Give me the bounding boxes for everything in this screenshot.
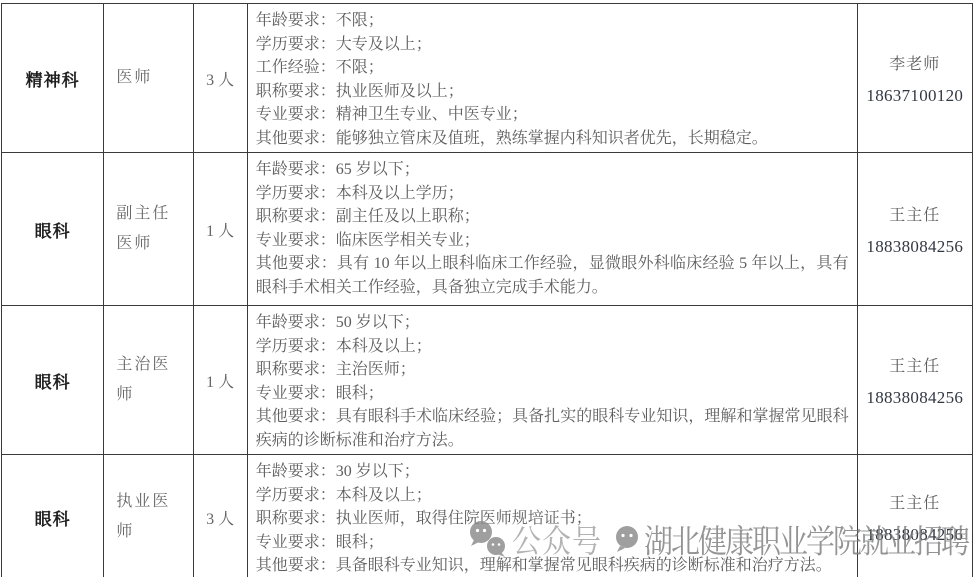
position-cell: 执业医师	[104, 455, 193, 577]
contact-cell: 王主任 18838084256	[857, 306, 972, 455]
requirements-cell: 年龄要求：30 岁以下；学历要求：本科及以上；职称要求：执业医师，取得住院医师规…	[247, 455, 857, 577]
requirement-line: 学历要求：本科及以上学历；	[256, 182, 849, 206]
requirement-line: 年龄要求：65 岁以下；	[256, 158, 849, 182]
headcount-cell: 1 人	[193, 306, 247, 455]
requirements-cell: 年龄要求：不限；学历要求：大专及以上；工作经验：不限；职称要求：执业医师及以上；…	[247, 4, 857, 153]
requirement-line: 其他要求：能够独立管床及值班，熟练掌握内科知识者优先，长期稳定。	[256, 127, 849, 151]
contact-name: 李老师	[859, 51, 971, 74]
contact-phone: 18838084256	[859, 237, 971, 257]
table-row: 精神科 医师 3 人 年龄要求：不限；学历要求：大专及以上；工作经验：不限；职称…	[2, 4, 973, 153]
requirements-cell: 年龄要求：50 岁以下；学历要求：本科及以上；职称要求：主治医师；专业要求：眼科…	[247, 306, 857, 455]
requirement-line: 职称要求：主治医师；	[256, 358, 849, 382]
requirement-line: 工作经验：不限；	[256, 56, 849, 80]
requirement-line: 年龄要求：50 岁以下；	[256, 311, 849, 335]
recruitment-document-page: 精神科 医师 3 人 年龄要求：不限；学历要求：大专及以上；工作经验：不限；职称…	[0, 0, 978, 577]
department-cell: 眼科	[2, 153, 104, 306]
requirement-line: 学历要求：本科及以上；	[256, 335, 849, 359]
requirement-line: 专业要求：眼科；	[256, 531, 849, 555]
requirement-line: 学历要求：大专及以上；	[256, 33, 849, 57]
contact-phone: 18637100120	[859, 86, 971, 106]
requirement-line: 专业要求：临床医学相关专业；	[256, 229, 849, 253]
requirement-line: 其他要求：具有眼科手术临床经验；具备扎实的眼科专业知识，理解和掌握常见眼科疾病的…	[256, 405, 849, 452]
department-cell: 眼科	[2, 455, 104, 577]
headcount-cell: 3 人	[193, 455, 247, 577]
department-cell: 眼科	[2, 306, 104, 455]
contact-name: 王主任	[859, 490, 971, 513]
headcount-cell: 1 人	[193, 153, 247, 306]
contact-phone: 18838084256	[859, 525, 971, 545]
contact-cell: 王主任 18838084256	[857, 455, 972, 577]
requirement-line: 专业要求：眼科；	[256, 382, 849, 406]
table-row: 眼科 主治医师 1 人 年龄要求：50 岁以下；学历要求：本科及以上；职称要求：…	[2, 306, 973, 455]
contact-phone: 18838084256	[859, 388, 971, 408]
requirement-line: 专业要求：精神卫生专业、中医专业；	[256, 103, 849, 127]
contact-name: 王主任	[859, 202, 971, 225]
position-cell: 副主任医师	[104, 153, 193, 306]
recruitment-table: 精神科 医师 3 人 年龄要求：不限；学历要求：大专及以上；工作经验：不限；职称…	[1, 3, 973, 577]
table-row: 眼科 执业医师 3 人 年龄要求：30 岁以下；学历要求：本科及以上；职称要求：…	[2, 455, 973, 577]
position-cell: 医师	[104, 4, 193, 153]
requirement-line: 年龄要求：30 岁以下；	[256, 460, 849, 484]
requirement-line: 职称要求：执业医师，取得住院医师规培证书；	[256, 507, 849, 531]
position-cell: 主治医师	[104, 306, 193, 455]
contact-name: 王主任	[859, 353, 971, 376]
department-cell: 精神科	[2, 4, 104, 153]
requirement-line: 其他要求：具有 10 年以上眼科临床工作经验，显微眼外科临床经验 5 年以上，具…	[256, 252, 849, 299]
contact-cell: 李老师 18637100120	[857, 4, 972, 153]
requirement-line: 其他要求：具备眼科专业知识，理解和掌握常见眼科疾病的诊断标准和治疗方法。	[256, 554, 849, 577]
requirement-line: 职称要求：副主任及以上职称；	[256, 205, 849, 229]
requirements-cell: 年龄要求：65 岁以下；学历要求：本科及以上学历；职称要求：副主任及以上职称；专…	[247, 153, 857, 306]
requirement-line: 职称要求：执业医师及以上；	[256, 80, 849, 104]
requirement-line: 年龄要求：不限；	[256, 9, 849, 33]
requirement-line: 学历要求：本科及以上；	[256, 484, 849, 508]
table-row: 眼科 副主任医师 1 人 年龄要求：65 岁以下；学历要求：本科及以上学历；职称…	[2, 153, 973, 306]
headcount-cell: 3 人	[193, 4, 247, 153]
contact-cell: 王主任 18838084256	[857, 153, 972, 306]
